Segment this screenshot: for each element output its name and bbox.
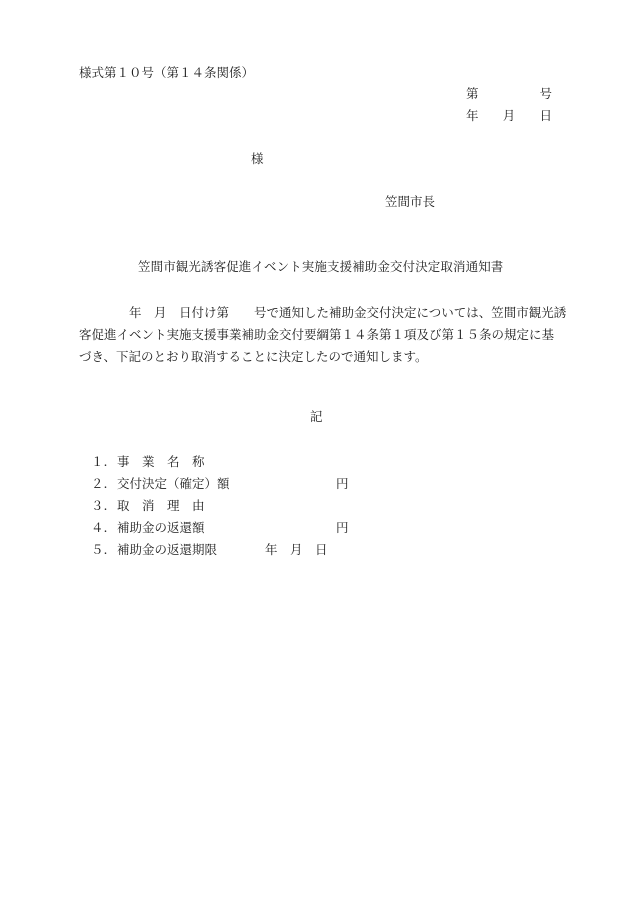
document-title: 笠間市観光誘客促進イベント実施支援補助金交付決定取消通知書 bbox=[138, 261, 503, 274]
issue-date-line: 年 月 日 bbox=[466, 110, 552, 123]
item-label: 補助金の返還期限 bbox=[117, 543, 217, 557]
body-line-1: 年 月 日付け第 号で通知した補助金交付決定については、笠間市観光誘 bbox=[79, 302, 555, 324]
document-number-line: 第 号 bbox=[466, 88, 552, 101]
item-label: 交付決定（確定）額 bbox=[117, 477, 230, 491]
body-paragraph: 年 月 日付け第 号で通知した補助金交付決定については、笠間市観光誘 客促進イベ… bbox=[79, 302, 555, 368]
item-number: ５. bbox=[91, 543, 113, 557]
sender-name: 笠間市長 bbox=[385, 196, 435, 209]
addressee-honorific: 様 bbox=[251, 153, 264, 166]
item-unit-yen: 円 bbox=[336, 477, 349, 491]
items-list: １. 事 業 名 称 ２. 交付決定（確定）額 円 ３. 取 消 理 由 ４. … bbox=[91, 455, 230, 565]
item-number: ２. bbox=[91, 477, 113, 491]
list-item-refund-deadline: ５. 補助金の返還期限 年 月 日 bbox=[91, 543, 230, 565]
item-unit-yen: 円 bbox=[336, 521, 349, 535]
body-line-3: づき、下記のとおり取消することに決定したので通知します。 bbox=[79, 346, 555, 368]
date-month: 月 bbox=[503, 110, 516, 123]
number-suffix: 号 bbox=[539, 88, 552, 101]
item-number: ３. bbox=[91, 499, 113, 513]
date-day: 日 bbox=[539, 110, 552, 123]
list-item-grant-amount: ２. 交付決定（確定）額 円 bbox=[91, 477, 230, 499]
item-deadline-date: 年 月 日 bbox=[265, 543, 328, 557]
item-label: 補助金の返還額 bbox=[117, 521, 205, 535]
ki-heading: 記 bbox=[310, 411, 323, 424]
list-item-refund-amount: ４. 補助金の返還額 円 bbox=[91, 521, 230, 543]
body-line-2: 客促進イベント実施支援事業補助金交付要綱第１４条第１項及び第１５条の規定に基 bbox=[79, 324, 555, 346]
item-label: 取 消 理 由 bbox=[117, 499, 205, 513]
form-number: 様式第１０号（第１４条関係） bbox=[79, 67, 254, 80]
list-item-cancel-reason: ３. 取 消 理 由 bbox=[91, 499, 230, 521]
date-year: 年 bbox=[466, 110, 479, 123]
item-label: 事 業 名 称 bbox=[117, 455, 205, 469]
item-number: ４. bbox=[91, 521, 113, 535]
list-item-project-name: １. 事 業 名 称 bbox=[91, 455, 230, 477]
item-number: １. bbox=[91, 455, 113, 469]
number-prefix: 第 bbox=[466, 88, 479, 101]
